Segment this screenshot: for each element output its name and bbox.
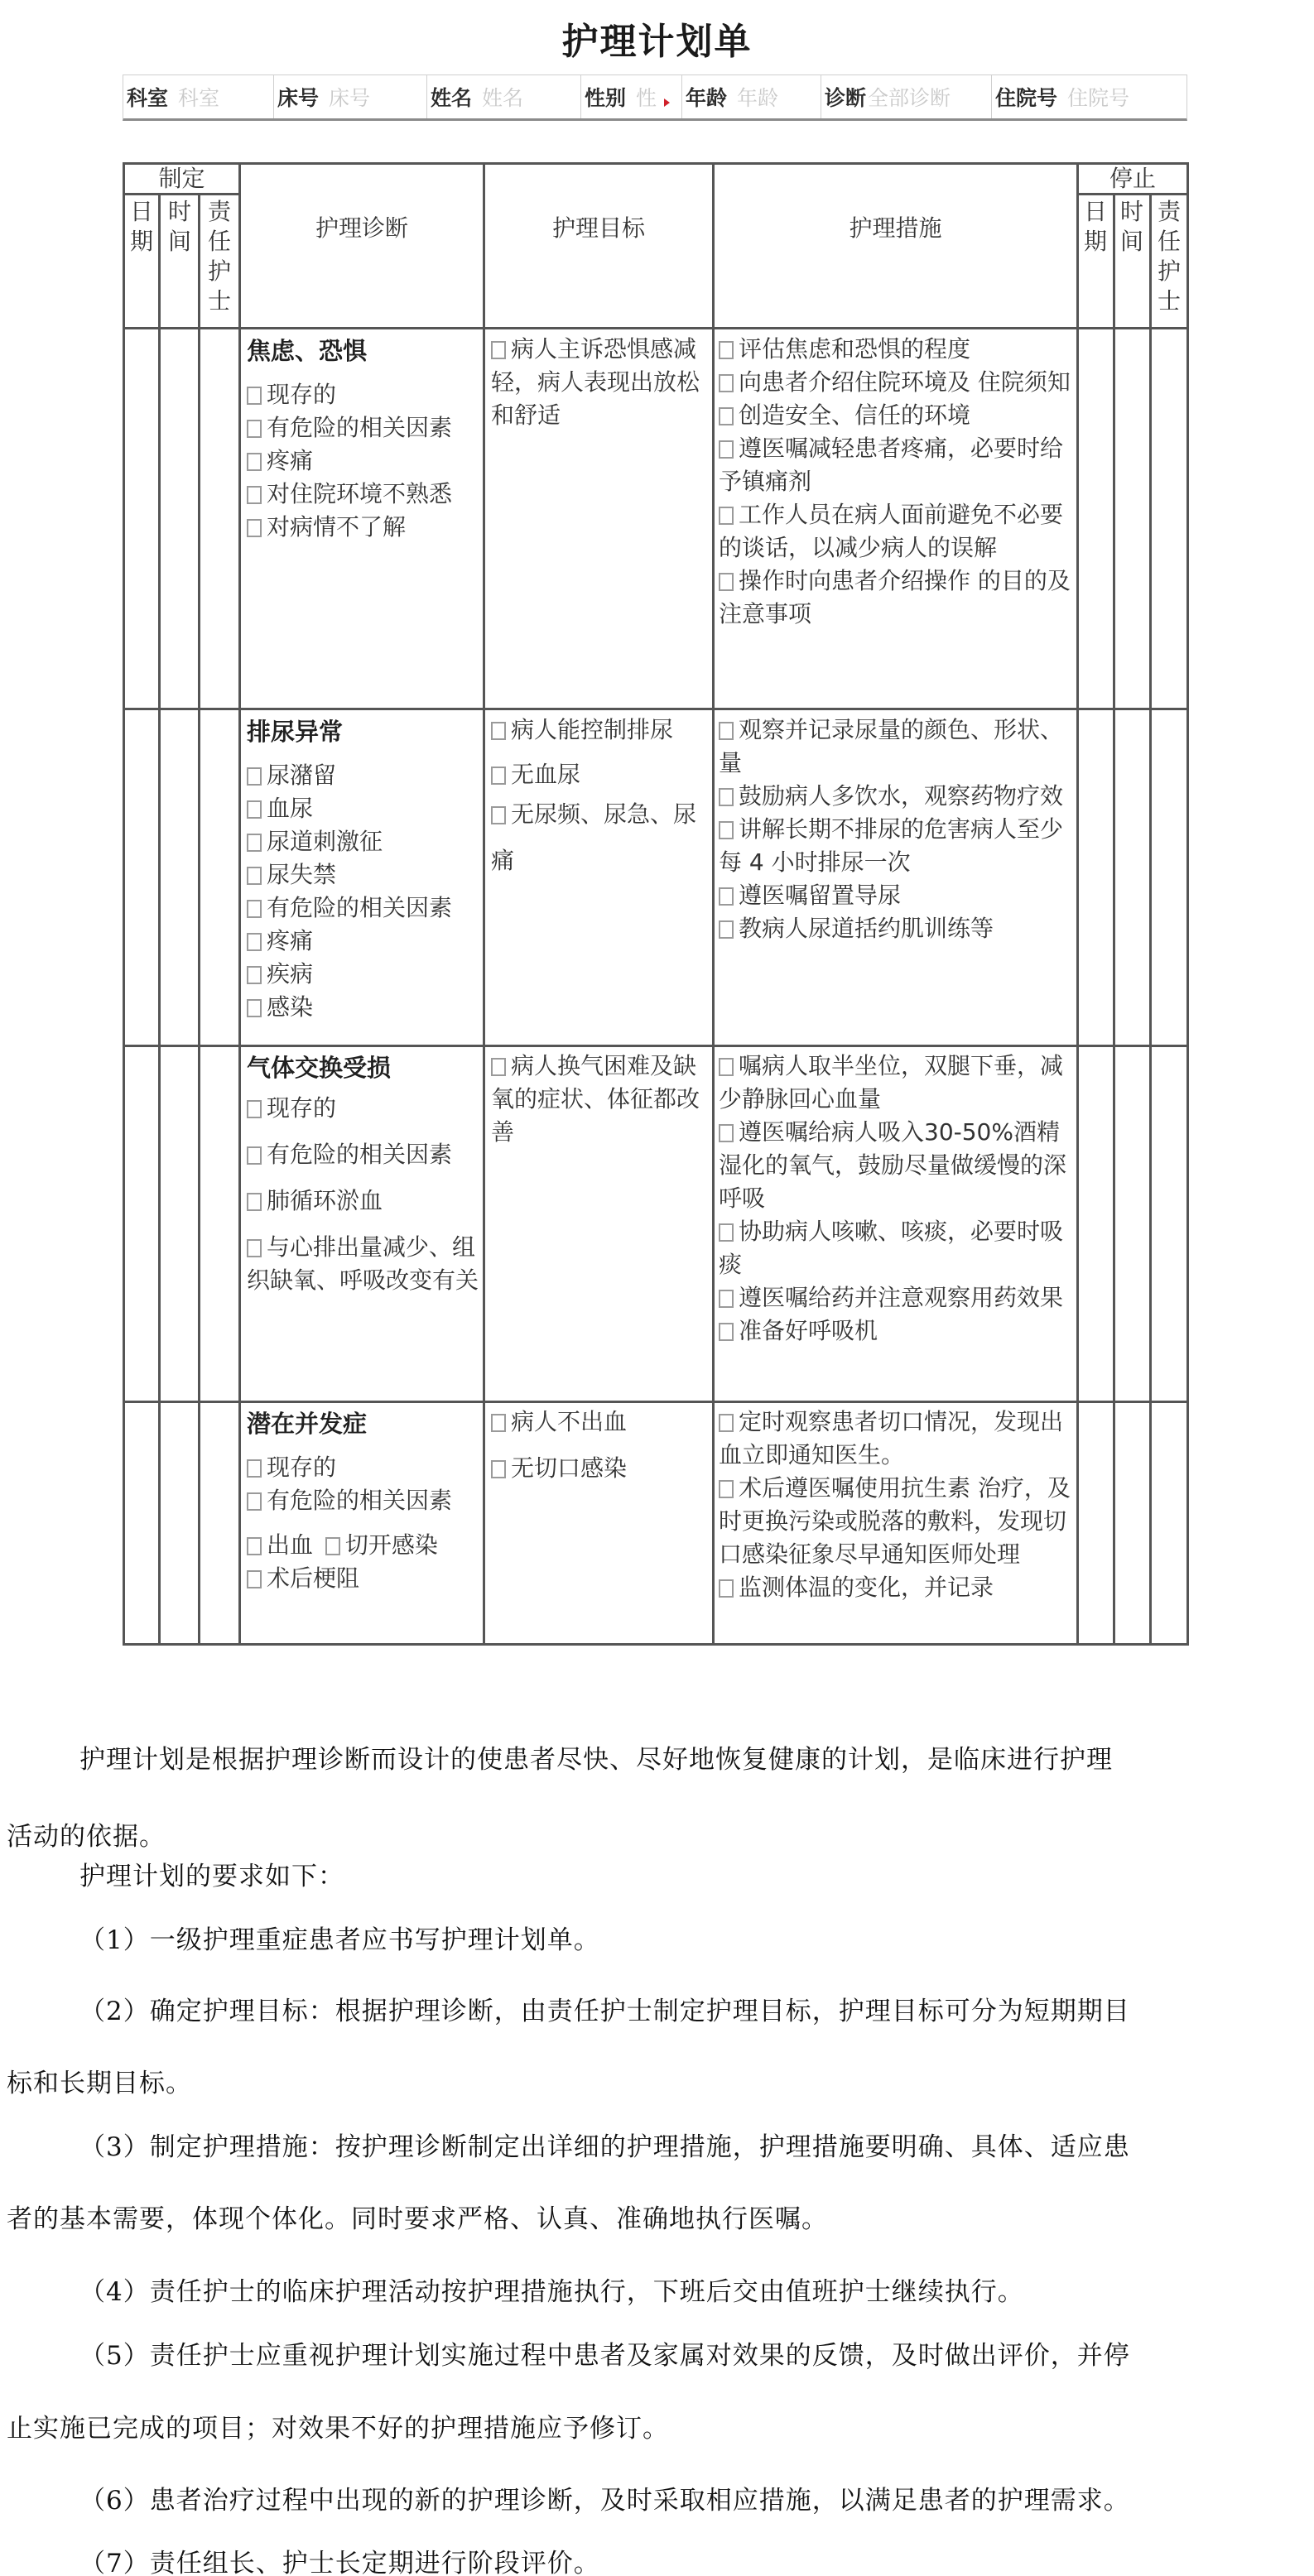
- requirement-4: （4）责任护士的临床护理活动按护理措施执行，下班后交由值班护士继续执行。: [79, 2271, 1024, 2308]
- field-value[interactable]: 年龄: [737, 82, 778, 112]
- field-department[interactable]: 科室 科室: [123, 75, 274, 118]
- goal-option[interactable]: 病人主诉恐惧感减轻，病人表现出放松和舒适: [491, 333, 708, 432]
- header-start-date: 日期: [129, 197, 154, 257]
- checkbox-icon[interactable]: [491, 767, 506, 785]
- requirement-5-line1: （5）责任护士应重视护理计划实施过程中患者及家属对效果的反馈，及时做出评价，并停: [79, 2334, 1130, 2372]
- field-label: 性别: [585, 82, 626, 112]
- measure-option[interactable]: 创造安全、信任的环境: [719, 399, 1073, 432]
- diagnosis-option[interactable]: 现存的: [247, 378, 483, 411]
- checkbox-icon[interactable]: [247, 1570, 262, 1588]
- checkbox-icon[interactable]: [247, 834, 262, 852]
- header-stop-date: 日期: [1083, 197, 1108, 257]
- checkbox-icon[interactable]: [247, 867, 262, 885]
- goal-option[interactable]: 病人能控制排尿: [491, 714, 708, 747]
- checkbox-icon[interactable]: [491, 1414, 506, 1432]
- field-diagnosis[interactable]: 诊断 全部诊断: [821, 75, 992, 118]
- diagnosis-title: 焦虑、恐惧: [247, 333, 483, 367]
- measure-option[interactable]: 协助病人咳嗽、咳痰，必要时吸痰: [719, 1215, 1073, 1281]
- checkbox-icon[interactable]: [247, 420, 262, 438]
- checkbox-icon[interactable]: [247, 1459, 262, 1478]
- field-label: 科室: [127, 82, 168, 112]
- checkbox-icon[interactable]: [719, 374, 734, 392]
- measure-option[interactable]: 操作时向患者介绍操作 的目的及注意事项: [719, 565, 1073, 631]
- field-label: 诊断: [825, 82, 866, 112]
- field-name[interactable]: 姓名 姓名: [427, 75, 581, 118]
- checkbox-icon[interactable]: [719, 821, 734, 839]
- measure-option[interactable]: 评估焦虑和恐惧的程度: [719, 333, 1073, 366]
- goal-cell-gas-exchange: 病人换气困难及缺氧的症状、体征都改善: [491, 1050, 708, 1149]
- checkbox-icon[interactable]: [719, 507, 734, 525]
- checkbox-icon[interactable]: [719, 920, 734, 939]
- checkbox-icon[interactable]: [247, 800, 262, 819]
- goal-cell-complications: 病人不出血 无切口感染: [491, 1406, 708, 1485]
- goal-cell-anxiety: 病人主诉恐惧感减轻，病人表现出放松和舒适: [491, 333, 708, 432]
- measure-option[interactable]: 鼓励病人多饮水，观察药物疗效: [719, 780, 1073, 813]
- field-admission-number[interactable]: 住院号 住院号: [992, 75, 1186, 118]
- requirement-3-line1: （3）制定护理措施：按护理诊断制定出详细的护理措施，护理措施要明确、具体、适应患: [79, 2126, 1130, 2163]
- header-measures: 护理措施: [715, 210, 1076, 243]
- header-start-time: 时间: [167, 197, 192, 257]
- field-value[interactable]: 性: [636, 82, 657, 112]
- dropdown-marker-icon[interactable]: [664, 99, 670, 107]
- diagnosis-option[interactable]: 疼痛: [247, 445, 483, 478]
- goal-option[interactable]: 病人不出血: [491, 1406, 708, 1439]
- checkbox-icon[interactable]: [247, 1193, 262, 1211]
- checkbox-icon[interactable]: [719, 788, 734, 806]
- diagnosis-option[interactable]: 有危险的相关因素: [247, 411, 483, 445]
- requirements-heading: 护理计划的要求如下：: [79, 1855, 344, 1892]
- diagnosis-option[interactable]: 对病情不了解: [247, 511, 483, 544]
- checkbox-icon[interactable]: [247, 966, 262, 984]
- diagnosis-option[interactable]: 对住院环境不熟悉: [247, 478, 483, 511]
- field-value[interactable]: 全部诊断: [868, 82, 951, 112]
- checkbox-icon[interactable]: [247, 453, 262, 471]
- checkbox-icon[interactable]: [491, 722, 506, 740]
- checkbox-icon[interactable]: [325, 1537, 340, 1555]
- checkbox-icon[interactable]: [247, 999, 262, 1017]
- diagnosis-option[interactable]: 疼痛: [247, 925, 483, 958]
- requirement-1: （1）一级护理重症患者应书写护理计划单。: [79, 1919, 600, 1956]
- diagnosis-cell-anxiety: 焦虑、恐惧 现存的 有危险的相关因素 疼痛 对住院环境不熟悉 对病情不了解: [247, 333, 483, 544]
- goal-cell-urination: 病人能控制排尿 无血尿 无尿频、尿急、尿痛: [491, 714, 708, 884]
- requirement-2-line1: （2）确定护理目标：根据护理诊断，由责任护士制定护理目标，护理目标可分为短期期目: [79, 1990, 1130, 2027]
- field-value[interactable]: 床号: [329, 82, 370, 112]
- requirement-5-line2: 止实施已完成的项目；对效果不好的护理措施应予修订。: [7, 2407, 669, 2444]
- measure-option[interactable]: 监测体温的变化，并记录: [719, 1571, 1073, 1604]
- checkbox-icon[interactable]: [247, 486, 262, 504]
- measure-option[interactable]: 工作人员在病人面前避免不必要的谈话，以减少病人的误解: [719, 498, 1073, 565]
- field-value[interactable]: 科室: [178, 82, 219, 112]
- measure-option[interactable]: 术后遵医嘱使用抗生素 治疗，及时更换污染或脱落的敷料，发现切口感染征象尽早通知医…: [719, 1472, 1073, 1571]
- diagnosis-option[interactable]: 尿潴留: [247, 759, 483, 792]
- diagnosis-cell-gas-exchange: 气体交换受损 现存的 有危险的相关因素 肺循环淤血 与心排出量减少、组织缺氧、呼…: [247, 1050, 483, 1297]
- checkbox-icon[interactable]: [491, 1058, 506, 1076]
- checkbox-icon[interactable]: [491, 806, 506, 824]
- checkbox-icon[interactable]: [247, 1492, 262, 1511]
- diagnosis-option-pair: 出血 切开感染: [247, 1529, 483, 1562]
- checkbox-icon[interactable]: [719, 1223, 734, 1242]
- diagnosis-option[interactable]: 有危险的相关因素: [247, 1484, 483, 1517]
- checkbox-icon[interactable]: [719, 887, 734, 906]
- measure-option[interactable]: 嘱病人取半坐位，双腿下垂，减少静脉回心血量: [719, 1050, 1073, 1116]
- goal-option[interactable]: 无尿频、尿急、尿痛: [491, 791, 708, 884]
- intro-paragraph-line1: 护理计划是根据护理诊断而设计的使患者尽快、尽好地恢复健康的计划，是临床进行护理: [79, 1738, 1113, 1776]
- diagnosis-option[interactable]: 血尿: [247, 792, 483, 825]
- measure-option[interactable]: 定时观察患者切口情况，发现出血立即通知医生。: [719, 1406, 1073, 1472]
- diagnosis-title: 排尿异常: [247, 714, 483, 747]
- diagnosis-option[interactable]: 肺循环淤血: [247, 1185, 483, 1218]
- measure-option[interactable]: 讲解长期不排尿的危害病人至少每 4 小时排尿一次: [719, 813, 1073, 879]
- checkbox-icon[interactable]: [719, 407, 734, 425]
- measure-option[interactable]: 准备好呼吸机: [719, 1314, 1073, 1348]
- diagnosis-cell-complications: 潜在并发症 现存的 有危险的相关因素 出血 切开感染 术后梗阻: [247, 1406, 483, 1595]
- diagnosis-option[interactable]: 现存的: [247, 1451, 483, 1484]
- diagnosis-option[interactable]: 感染: [247, 991, 483, 1024]
- measures-cell-complications: 定时观察患者切口情况，发现出血立即通知医生。 术后遵医嘱使用抗生素 治疗，及时更…: [719, 1406, 1073, 1643]
- field-label: 住院号: [995, 82, 1057, 112]
- checkbox-icon[interactable]: [247, 519, 262, 537]
- header-stop-nurse: 责任护士: [1157, 197, 1182, 316]
- checkbox-icon[interactable]: [247, 1239, 262, 1257]
- diagnosis-cell-urination: 排尿异常 尿潴留 血尿 尿道刺激征 尿失禁 有危险的相关因素 疼痛 疾病 感染: [247, 714, 483, 1024]
- field-value[interactable]: 住院号: [1067, 82, 1129, 112]
- header-goal: 护理目标: [485, 210, 712, 243]
- measure-option[interactable]: 遵医嘱给药并注意观察用药效果: [719, 1281, 1073, 1314]
- field-value[interactable]: 姓名: [482, 82, 523, 112]
- goal-option[interactable]: 无血尿: [491, 758, 708, 791]
- checkbox-icon[interactable]: [491, 1460, 506, 1478]
- diagnosis-option[interactable]: 有危险的相关因素: [247, 892, 483, 925]
- requirement-2-line2: 标和长期目标。: [7, 2062, 192, 2099]
- diagnosis-option[interactable]: 出血: [247, 1531, 313, 1559]
- diagnosis-option[interactable]: 与心排出量减少、组织缺氧、呼吸改变有关: [247, 1231, 483, 1297]
- diagnosis-option[interactable]: 尿道刺激征: [247, 825, 483, 858]
- diagnosis-option[interactable]: 疾病: [247, 958, 483, 991]
- diagnosis-option[interactable]: 术后梗阻: [247, 1562, 483, 1595]
- checkbox-icon[interactable]: [247, 900, 262, 918]
- measure-option[interactable]: 教病人尿道括约肌训练等: [719, 912, 1073, 945]
- requirement-7: （7）责任组长、护士长定期进行阶段评价。: [79, 2542, 600, 2576]
- checkbox-icon[interactable]: [247, 1100, 262, 1118]
- checkbox-icon[interactable]: [247, 1537, 262, 1555]
- patient-info-bar: 科室 科室 床号 床号 姓名 姓名 性别 性 年龄 年龄 诊断 全部诊断 住院号…: [123, 74, 1187, 121]
- measure-option[interactable]: 遵医嘱给病人吸入30-50%酒精湿化的氧气，鼓励尽量做缓慢的深呼吸: [719, 1116, 1073, 1215]
- header-start-group: 制定: [125, 165, 238, 193]
- measures-cell-anxiety: 评估焦虑和恐惧的程度 向患者介绍住院环境及 住院须知 创造安全、信任的环境 遵医…: [719, 333, 1073, 631]
- checkbox-icon[interactable]: [719, 1323, 734, 1341]
- diagnosis-title: 潜在并发症: [247, 1406, 483, 1439]
- checkbox-icon[interactable]: [247, 767, 262, 786]
- checkbox-icon[interactable]: [719, 440, 734, 459]
- field-label: 姓名: [431, 82, 472, 112]
- header-stop-group: 停止: [1079, 165, 1186, 193]
- measure-option[interactable]: 遵医嘱减轻患者疼痛，必要时给予镇痛剂: [719, 432, 1073, 498]
- checkbox-icon[interactable]: [491, 341, 506, 359]
- requirement-3-line2: 者的基本需要，体现个体化。同时要求严格、认真、准确地执行医嘱。: [7, 2198, 828, 2235]
- goal-option[interactable]: 病人换气困难及缺氧的症状、体征都改善: [491, 1050, 708, 1149]
- diagnosis-option[interactable]: 有危险的相关因素: [247, 1138, 483, 1171]
- checkbox-icon[interactable]: [719, 1414, 734, 1432]
- checkbox-icon[interactable]: [719, 573, 734, 591]
- checkbox-icon[interactable]: [719, 1579, 734, 1598]
- intro-paragraph-line2: 活动的依据。: [7, 1815, 166, 1853]
- field-label: 床号: [277, 82, 319, 112]
- measures-cell-gas-exchange: 嘱病人取半坐位，双腿下垂，减少静脉回心血量 遵医嘱给病人吸入30-50%酒精湿化…: [719, 1050, 1073, 1348]
- diagnosis-option[interactable]: 尿失禁: [247, 858, 483, 892]
- measure-option[interactable]: 向患者介绍住院环境及 住院须知: [719, 366, 1073, 399]
- form-title: 护理计划单: [0, 12, 1314, 65]
- checkbox-icon[interactable]: [247, 1146, 262, 1165]
- checkbox-icon[interactable]: [247, 387, 262, 405]
- measures-cell-urination: 观察并记录尿量的颜色、形状、量 鼓励病人多饮水，观察药物疗效 讲解长期不排尿的危…: [719, 714, 1073, 945]
- checkbox-icon[interactable]: [719, 1480, 734, 1498]
- header-diagnosis: 护理诊断: [241, 210, 483, 243]
- checkbox-icon[interactable]: [247, 933, 262, 951]
- diagnosis-option[interactable]: 切开感染: [325, 1531, 438, 1559]
- measure-option[interactable]: 遵医嘱留置导尿: [719, 879, 1073, 912]
- requirement-6: （6）患者治疗过程中出现的新的护理诊断，及时采取相应措施，以满足患者的护理需求。: [79, 2479, 1130, 2516]
- diagnosis-option[interactable]: 现存的: [247, 1092, 483, 1125]
- field-age[interactable]: 年龄 年龄: [682, 75, 821, 118]
- header-stop-time: 时间: [1119, 197, 1144, 257]
- checkbox-icon[interactable]: [719, 1290, 734, 1308]
- checkbox-icon[interactable]: [719, 1124, 734, 1142]
- measure-option[interactable]: 观察并记录尿量的颜色、形状、量: [719, 714, 1073, 780]
- checkbox-icon[interactable]: [719, 1058, 734, 1076]
- goal-option[interactable]: 无切口感染: [491, 1452, 708, 1485]
- checkbox-icon[interactable]: [719, 722, 734, 740]
- diagnosis-title: 气体交换受损: [247, 1050, 483, 1084]
- field-label: 年龄: [686, 82, 727, 112]
- checkbox-icon[interactable]: [719, 341, 734, 359]
- field-gender[interactable]: 性别 性: [581, 75, 682, 118]
- header-start-nurse: 责任护士: [207, 197, 232, 316]
- field-bed-number[interactable]: 床号 床号: [274, 75, 427, 118]
